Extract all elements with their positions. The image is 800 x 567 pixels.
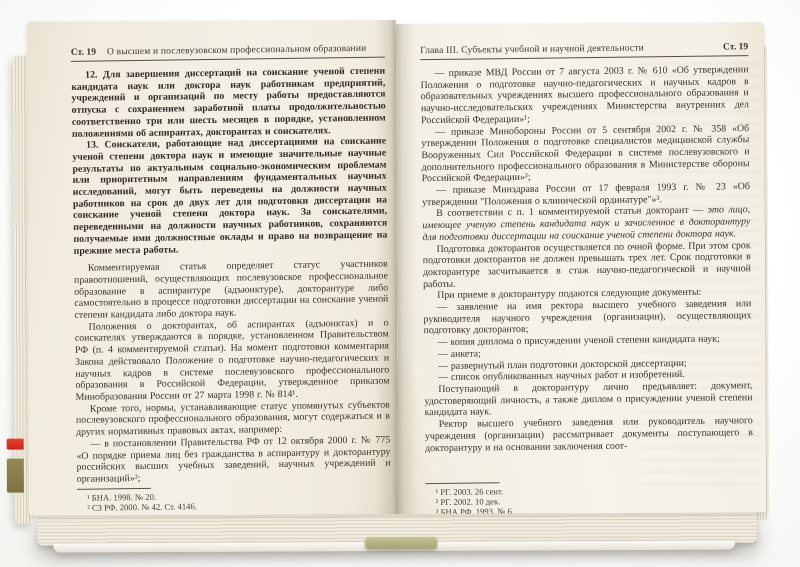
red-bookmark-tab [7, 439, 24, 450]
law-paragraph-13: 13. Соискатели, работающие над диссертац… [72, 136, 388, 257]
commentary-paragraph: — в постановлении Правительства РФ от 12… [76, 434, 391, 485]
right-page-body: — приказе МВД России от 7 августа 2003 г… [420, 64, 753, 454]
left-page: Ст. 19 О высшем и послевузовском професс… [27, 20, 398, 516]
left-article-label: Ст. 19 [71, 47, 96, 58]
left-page-content: Ст. 19 О высшем и послевузовском професс… [71, 43, 391, 513]
left-running-title: О высшем и послевузовском профессиональн… [107, 43, 367, 58]
commentary-paragraph: Комментируемая статья определяет статус … [74, 259, 389, 322]
open-book: Ст. 19 О высшем и послевузовском професс… [11, 14, 775, 551]
order-paragraph: — приказе МВД России от 7 августа 2003 г… [420, 64, 749, 127]
commentary-paragraph: Кроме того, нормы, устанавливающие стату… [76, 399, 390, 438]
right-running-head: Глава III. Субъекты учебной и научной де… [420, 41, 748, 60]
doctorant-definition: В соответствии с п. 1 комментируемой ста… [422, 205, 750, 244]
list-item-paragraph: — заявление на имя ректора высшего учебн… [423, 298, 751, 337]
spine-headband [365, 537, 437, 549]
left-footnotes: ¹ БНА. 1998. № 20. ² СЗ РФ. 2000. № 42. … [77, 484, 391, 513]
law-paragraph-12: 12. Для завершения диссертаций на соиска… [71, 66, 386, 141]
order-paragraph: — приказе Минобороны России от 5 сентябр… [421, 123, 750, 186]
body-paragraph: Поступающий в докторантуру лично предъяв… [424, 380, 752, 419]
left-page-body: 12. Для завершения диссертаций на соиска… [71, 66, 391, 486]
right-page: Глава III. Субъекты учебной и научной де… [396, 22, 766, 514]
right-page-content: Глава III. Субъекты учебной и научной де… [420, 41, 754, 511]
footnote-rule [77, 488, 151, 490]
left-running-head: Ст. 19 О высшем и послевузовском професс… [71, 43, 385, 62]
book-photo: Ст. 19 О высшем и послевузовском професс… [0, 0, 800, 567]
right-article-label: Ст. 19 [723, 41, 748, 52]
right-running-title: Глава III. Субъекты учебной и научной де… [420, 42, 644, 56]
commentary-paragraph: Положения о докторантах, об аспирантах (… [75, 317, 390, 403]
footnote-rule [425, 482, 499, 484]
body-paragraph: Подготовка докторантов осуществляется по… [423, 240, 752, 291]
body-paragraph: Ректор высшего учебного заведения или ру… [425, 415, 753, 454]
right-footnotes: ¹ РГ. 2003. 26 сент. ² РГ. 2002. 10 дек.… [425, 479, 753, 514]
olive-bookmark-tab [7, 459, 24, 493]
